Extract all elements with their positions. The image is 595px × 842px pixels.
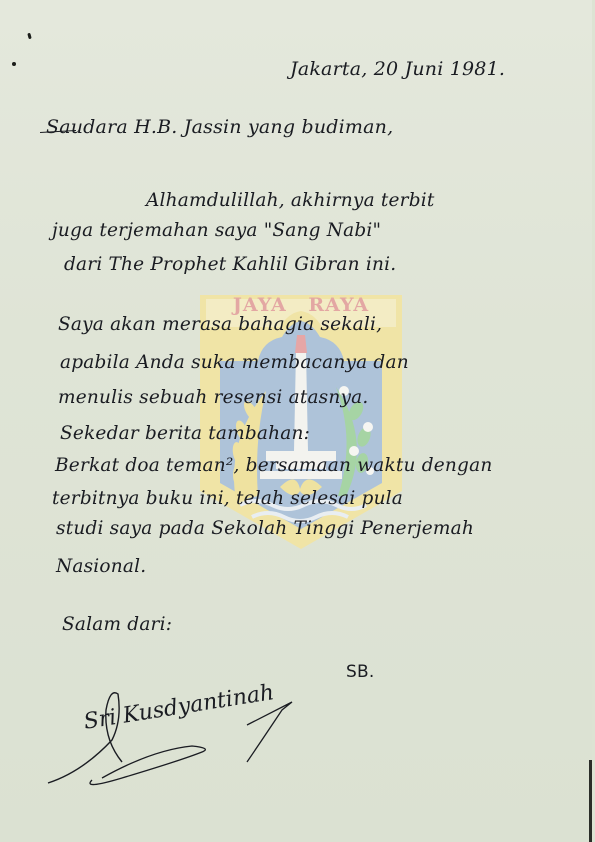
letter-body-line: Berkat doa teman², bersamaan waktu denga…: [55, 455, 492, 476]
letter-body-line: Sekedar berita tambahan:: [60, 423, 310, 444]
letter-body-line: dari The Prophet Kahlil Gibran ini.: [64, 254, 396, 275]
watermark-motto: JAYA RAYA: [196, 294, 406, 316]
letter-body-line: apabila Anda suka membacanya dan: [60, 352, 409, 373]
ink-speck: [12, 62, 16, 66]
letter-place-date: Jakarta, 20 Juni 1981.: [290, 58, 505, 80]
scan-edge: [589, 760, 592, 842]
letter-body-line: studi saya pada Sekolah Tinggi Penerjema…: [56, 518, 474, 539]
letter-body-line: menulis sebuah resensi atasnya.: [58, 387, 368, 408]
letter-body-line: Alhamdulillah, akhirnya terbit: [146, 190, 435, 211]
letter-body-line: terbitnya buku ini, telah selesai pula: [52, 488, 403, 509]
letter-salutation: Saudara H.B. Jassin yang budiman,: [46, 116, 393, 138]
signature: Sri Kusdyantinah: [42, 680, 342, 790]
letter-initials: SB.: [346, 662, 374, 682]
letter-paper: JAYA RAYA Jakarta, 20 Juni 1981. Saudara…: [0, 0, 592, 842]
letter-body-line: Nasional.: [56, 556, 146, 577]
letter-closing: Salam dari:: [62, 614, 172, 635]
ink-speck: [27, 33, 31, 40]
letter-body-line: juga terjemahan saya "Sang Nabi": [52, 220, 381, 241]
letter-body-line: Saya akan merasa bahagia sekali,: [58, 314, 382, 335]
